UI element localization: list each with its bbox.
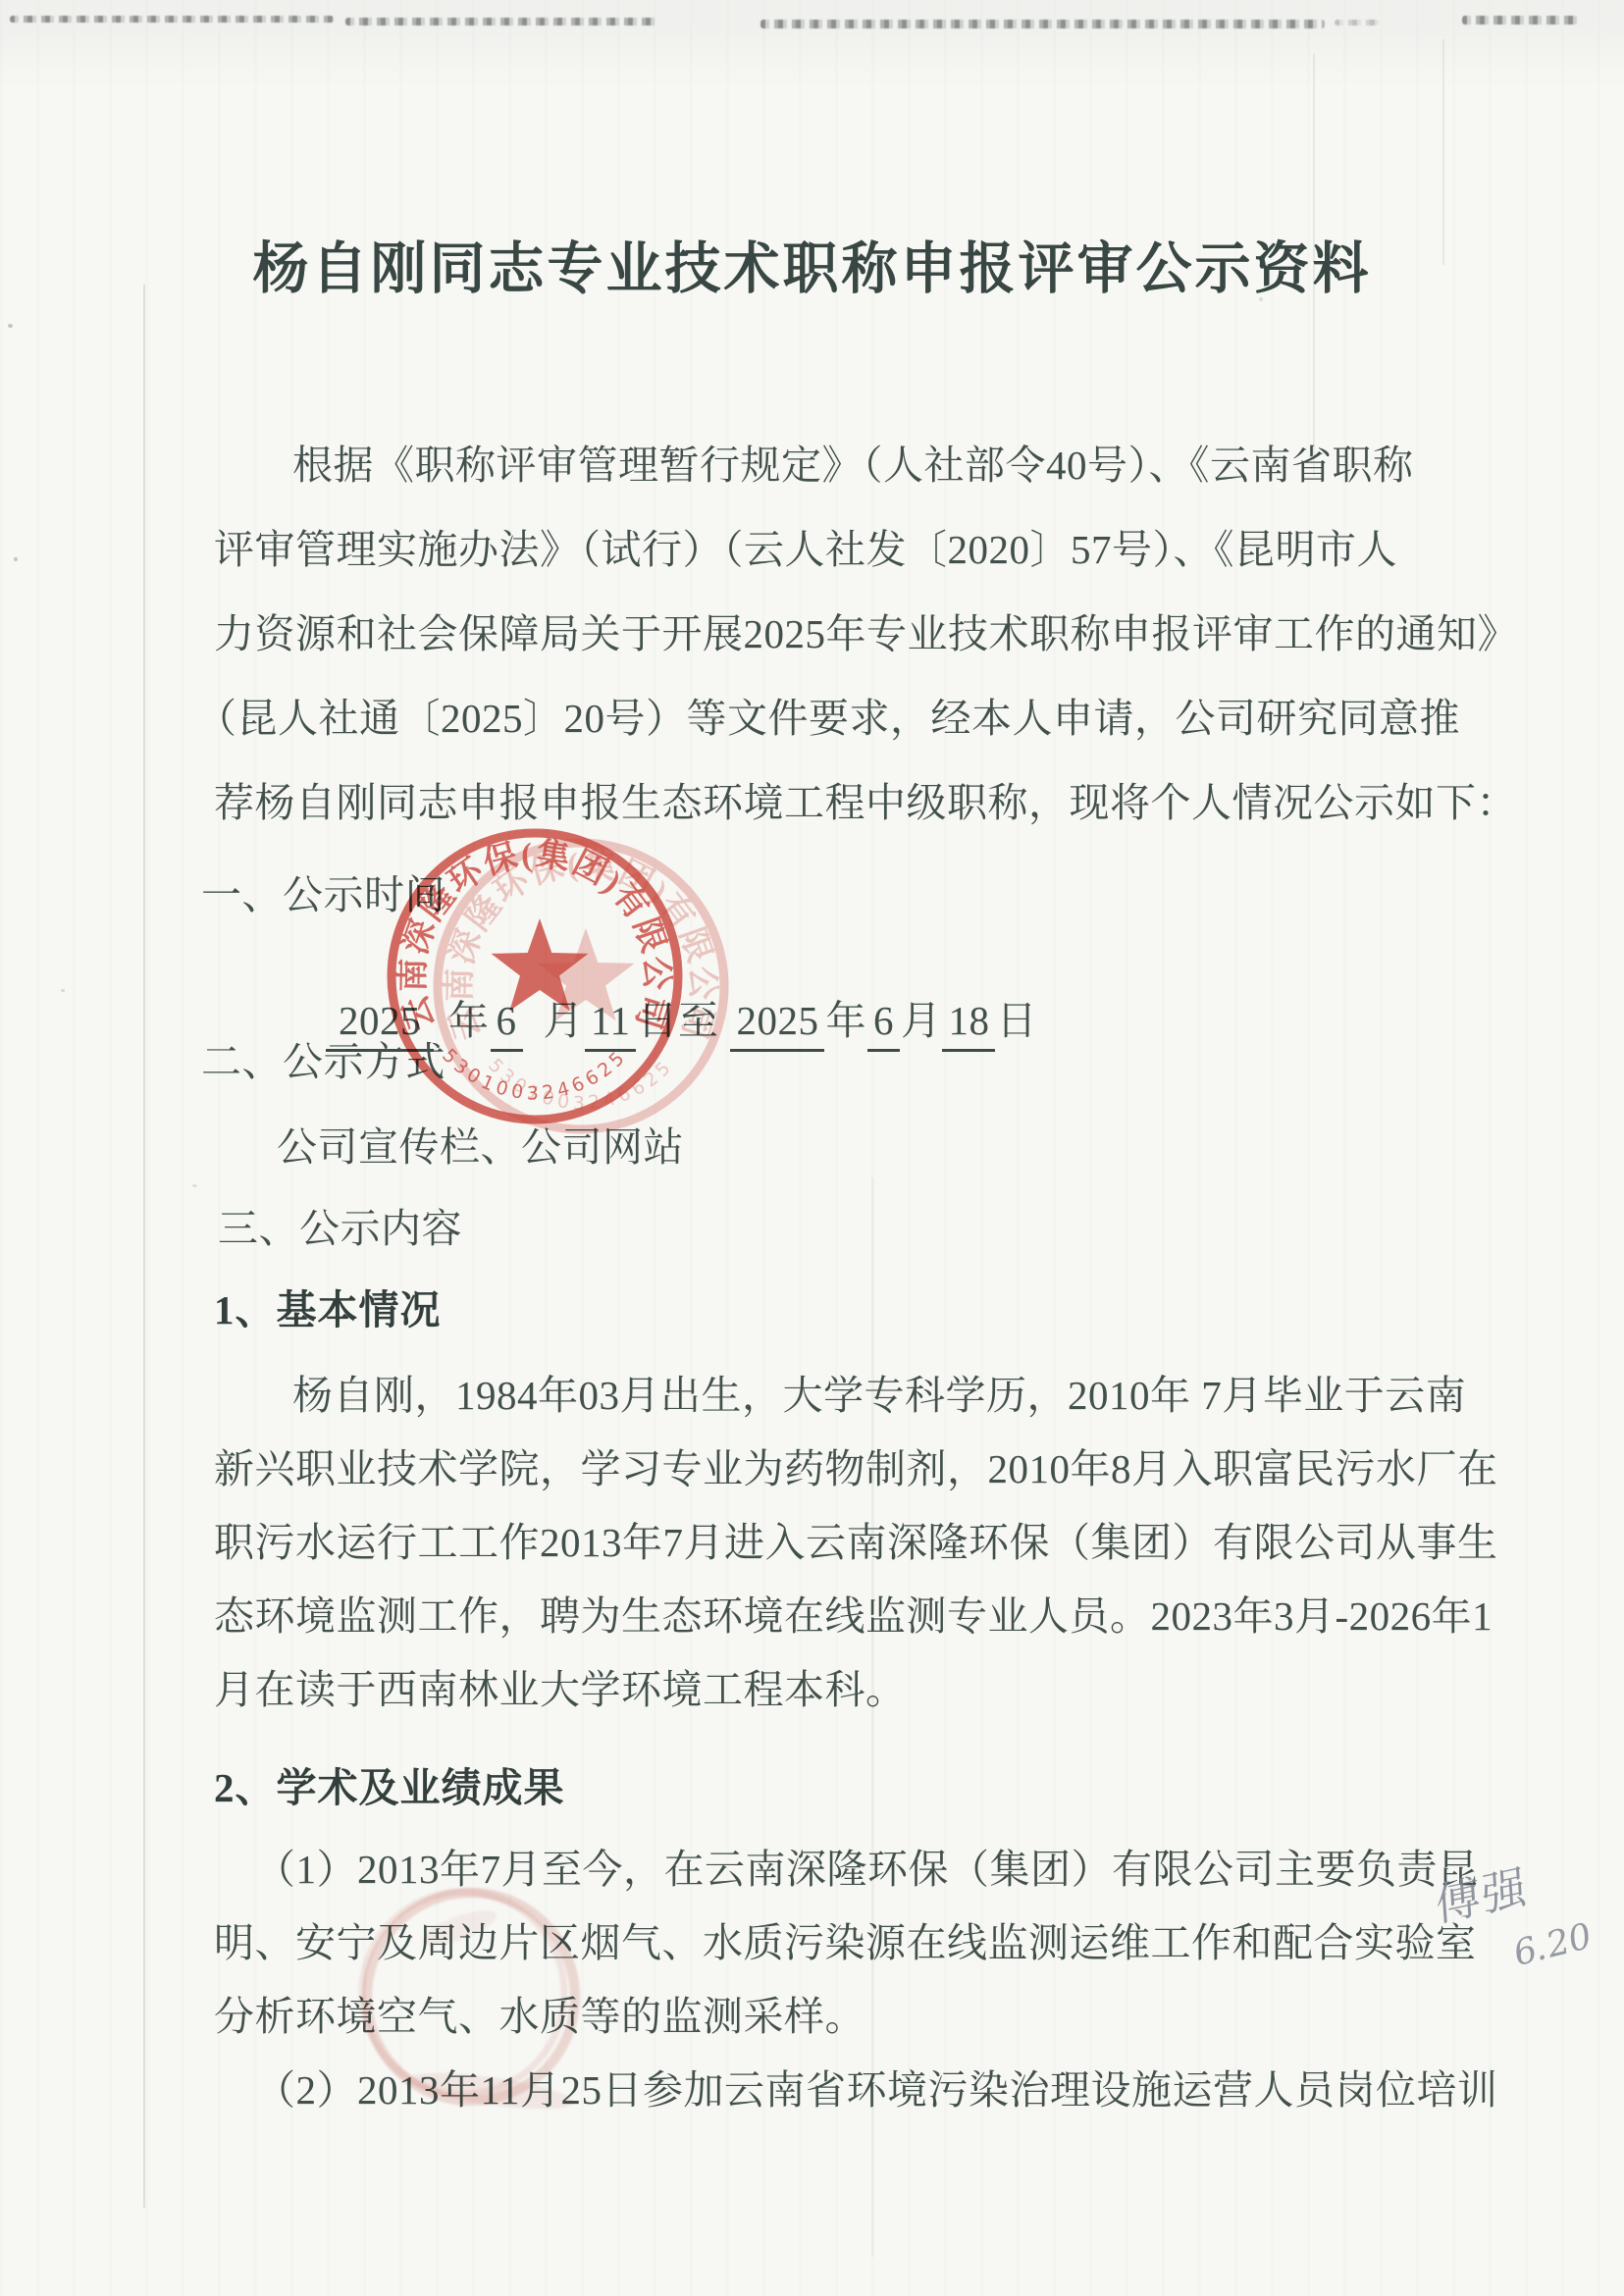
date-month-char-2: 月 (901, 998, 942, 1043)
basic-info-line-2: 新兴职业技术学院，学习专业为药物制剂，2010年8月入职富民污水厂在 (214, 1445, 1498, 1492)
intro-line-2: 评审管理实施办法》（试行）（云人社发〔2020〕57号）、《昆明市人 (214, 526, 1397, 573)
scan-speck (61, 989, 65, 992)
scanned-document-page: 杨自刚同志专业技术职称申报评审公示资料 根据《职称评审管理暂行规定》（人社部令4… (0, 0, 1624, 2296)
basic-info-line-1: 杨自刚，1984年03月出生，大学专科学历，2010年 7月毕业于云南 (292, 1372, 1466, 1419)
date-day-end: 18 (942, 997, 995, 1051)
scan-noise-band (1462, 16, 1578, 25)
scan-noise-band (760, 20, 1325, 28)
scan-streak (143, 285, 145, 2208)
date-month-end: 6 (867, 997, 900, 1051)
scan-speck (8, 324, 13, 328)
handwritten-date: 6.20 (1513, 1915, 1593, 1975)
basic-info-heading: 1、基本情况 (214, 1286, 442, 1333)
scan-speck (14, 557, 18, 561)
scan-noise-band (10, 16, 334, 23)
company-seal: 云南深隆环保(集团)有限公司 5301003246625 (373, 814, 765, 1148)
intro-line-3: 力资源和社会保障局关于开展2025年专业技术职称申报评审工作的通知》 (214, 610, 1518, 657)
date-day-char: 日 (996, 998, 1037, 1043)
intro-line-1: 根据《职称评审管理暂行规定》（人社部令40号）、《云南省职称 (292, 442, 1414, 489)
publicity-content-heading: 三、公示内容 (218, 1205, 462, 1252)
document-title: 杨自刚同志专业技术职称申报评审公示资料 (0, 224, 1624, 304)
basic-info-line-3: 职污水运行工工作2013年7月进入云南深隆环保（集团）有限公司从事生 (214, 1519, 1498, 1566)
ghost-seal (343, 1869, 618, 2144)
date-year-char-2: 年 (825, 998, 866, 1043)
scan-noise-band (1335, 20, 1379, 26)
scan-speck (192, 1184, 197, 1187)
basic-info-line-4: 态环境监测工作，聘为生态环境在线监测专业人员。2023年3月-2026年1 (214, 1592, 1493, 1640)
basic-info-line-5: 月在读于西南林业大学环境工程本科。 (214, 1666, 907, 1713)
intro-line-4: （昆人社通〔2025〕20号）等文件要求，经本人申请，公司研究同意推 (196, 695, 1460, 742)
scan-noise-band (345, 18, 659, 26)
achievements-heading: 2、学术及业绩成果 (214, 1764, 565, 1811)
